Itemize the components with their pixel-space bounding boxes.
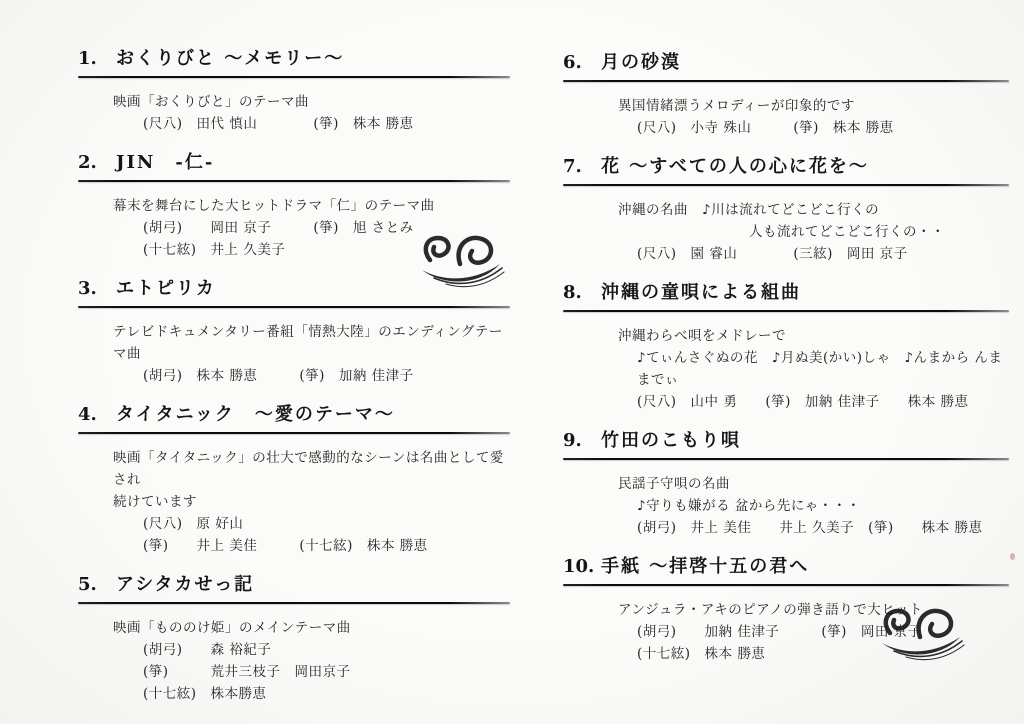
- program-item: 9.竹田のこもり唄民謡子守唄の名曲♪守りも嫌がる 盆から先にゃ・・・(胡弓) 井…: [563, 426, 1009, 539]
- item-title: 竹田のこもり唄: [601, 426, 741, 452]
- performers-line: (胡弓) 森 裕紀子: [143, 639, 510, 661]
- item-title: JIN -仁-: [116, 148, 214, 174]
- performers-line: (胡弓) 井上 美佳 井上 久美子 (箏) 株本 勝恵: [637, 517, 1009, 539]
- performers-line: (箏) 井上 美佳 (十七絃) 株本 勝恵: [143, 535, 510, 557]
- item-title-row: 10.手紙 ～拝啓十五の君へ: [563, 552, 1009, 578]
- item-title: 月の砂漠: [601, 48, 681, 74]
- item-title: 沖縄の童唄による組曲: [601, 278, 801, 304]
- title-underline: [563, 184, 1009, 186]
- description-line: テレビドキュメンタリー番組「情熱大陸」のエンディングテーマ曲: [113, 321, 510, 365]
- item-title: 手紙 ～拝啓十五の君へ: [601, 552, 809, 578]
- item-number: 10.: [563, 556, 601, 577]
- item-number: 6.: [563, 52, 601, 73]
- scan-speck: [1010, 553, 1015, 560]
- performers-line: (箏) 荒井三枝子 岡田京子: [143, 661, 510, 683]
- program-item: 5.アシタカせっ記映画「もののけ姫」のメインテーマ曲(胡弓) 森 裕紀子(箏) …: [78, 570, 510, 705]
- program-page: 1.おくりびと ～メモリー～映画「おくりびと」のテーマ曲(尺八) 田代 慎山 (…: [0, 0, 1024, 724]
- title-underline: [563, 584, 1009, 586]
- item-title-row: 6.月の砂漠: [563, 48, 1009, 74]
- left-column: 1.おくりびと ～メモリー～映画「おくりびと」のテーマ曲(尺八) 田代 慎山 (…: [78, 44, 510, 718]
- title-underline: [78, 432, 510, 434]
- description-line: 民謡子守唄の名曲: [618, 473, 1009, 495]
- wave-flourish-icon: [876, 603, 968, 665]
- right-column: 6.月の砂漠異国情緒漂うメロディーが印象的です(尺八) 小寺 殊山 (箏) 株本…: [563, 48, 1009, 678]
- title-underline: [78, 602, 510, 604]
- item-title: 花 ～すべての人の心に花を～: [601, 152, 869, 178]
- item-number: 1.: [78, 48, 116, 69]
- description-line: 続けています: [113, 491, 510, 513]
- item-number: 5.: [78, 574, 116, 595]
- item-number: 2.: [78, 152, 116, 173]
- title-underline: [563, 310, 1009, 312]
- item-title: おくりびと ～メモリー～: [116, 44, 344, 70]
- item-title: エトピリカ: [116, 274, 216, 300]
- item-title: タイタニック ～愛のテーマ～: [116, 400, 395, 426]
- item-number: 7.: [563, 156, 601, 177]
- performers-line: (胡弓) 株本 勝恵 (箏) 加納 佳津子: [143, 365, 510, 387]
- item-title-row: 4.タイタニック ～愛のテーマ～: [78, 400, 510, 426]
- item-title-row: 9.竹田のこもり唄: [563, 426, 1009, 452]
- item-title: アシタカせっ記: [116, 570, 254, 596]
- item-title-row: 7.花 ～すべての人の心に花を～: [563, 152, 1009, 178]
- description-line: 映画「もののけ姫」のメインテーマ曲: [113, 617, 510, 639]
- description-line: 沖縄の名曲 ♪川は流れてどこどこ行くの: [618, 199, 1009, 221]
- item-title-row: 5.アシタカせっ記: [78, 570, 510, 596]
- item-title-row: 1.おくりびと ～メモリー～: [78, 44, 510, 70]
- performers-line: (尺八) 小寺 殊山 (箏) 株本 勝恵: [637, 117, 1009, 139]
- lyric-line: 人も流れてどこどこ行くの・・: [749, 221, 1009, 243]
- item-number: 3.: [78, 278, 116, 299]
- program-item: 6.月の砂漠異国情緒漂うメロディーが印象的です(尺八) 小寺 殊山 (箏) 株本…: [563, 48, 1009, 139]
- title-underline: [563, 458, 1009, 460]
- performers-line: (尺八) 山中 勇 (箏) 加納 佳津子 株本 勝恵: [637, 391, 1009, 413]
- title-underline: [78, 180, 510, 182]
- description-line: 映画「おくりびと」のテーマ曲: [113, 91, 510, 113]
- program-item: 1.おくりびと ～メモリー～映画「おくりびと」のテーマ曲(尺八) 田代 慎山 (…: [78, 44, 510, 135]
- lyric-line: ♪守りも嫌がる 盆から先にゃ・・・: [637, 495, 1009, 517]
- description-line: 幕末を舞台にした大ヒットドラマ「仁」のテーマ曲: [113, 195, 510, 217]
- wave-flourish-icon: [416, 230, 508, 292]
- program-item: 4.タイタニック ～愛のテーマ～映画「タイタニック」の壮大で感動的なシーンは名曲…: [78, 400, 510, 557]
- program-item: 7.花 ～すべての人の心に花を～沖縄の名曲 ♪川は流れてどこどこ行くの人も流れて…: [563, 152, 1009, 265]
- item-title-row: 2.JIN -仁-: [78, 148, 510, 174]
- performers-line: (尺八) 原 好山: [143, 513, 510, 535]
- item-title-row: 8.沖縄の童唄による組曲: [563, 278, 1009, 304]
- songs-line: ♪てぃんさぐぬの花 ♪月ぬ美(かい)しゃ ♪んまから んままでぃ: [637, 347, 1009, 391]
- performers-line: (十七絃) 株本勝恵: [143, 683, 510, 705]
- performers-line: (尺八) 田代 慎山 (箏) 株本 勝恵: [143, 113, 510, 135]
- performers-line: (尺八) 園 睿山 (三絃) 岡田 京子: [637, 243, 1009, 265]
- title-underline: [78, 76, 510, 78]
- description-line: 沖縄わらべ唄をメドレーで: [618, 325, 1009, 347]
- description-line: 異国情緒漂うメロディーが印象的です: [618, 95, 1009, 117]
- item-number: 4.: [78, 404, 116, 425]
- item-number: 8.: [563, 282, 601, 303]
- title-underline: [78, 306, 510, 308]
- program-item: 8.沖縄の童唄による組曲沖縄わらべ唄をメドレーで♪てぃんさぐぬの花 ♪月ぬ美(か…: [563, 278, 1009, 413]
- title-underline: [563, 80, 1009, 82]
- item-number: 9.: [563, 430, 601, 451]
- description-line: 映画「タイタニック」の壮大で感動的なシーンは名曲として愛され: [113, 447, 510, 491]
